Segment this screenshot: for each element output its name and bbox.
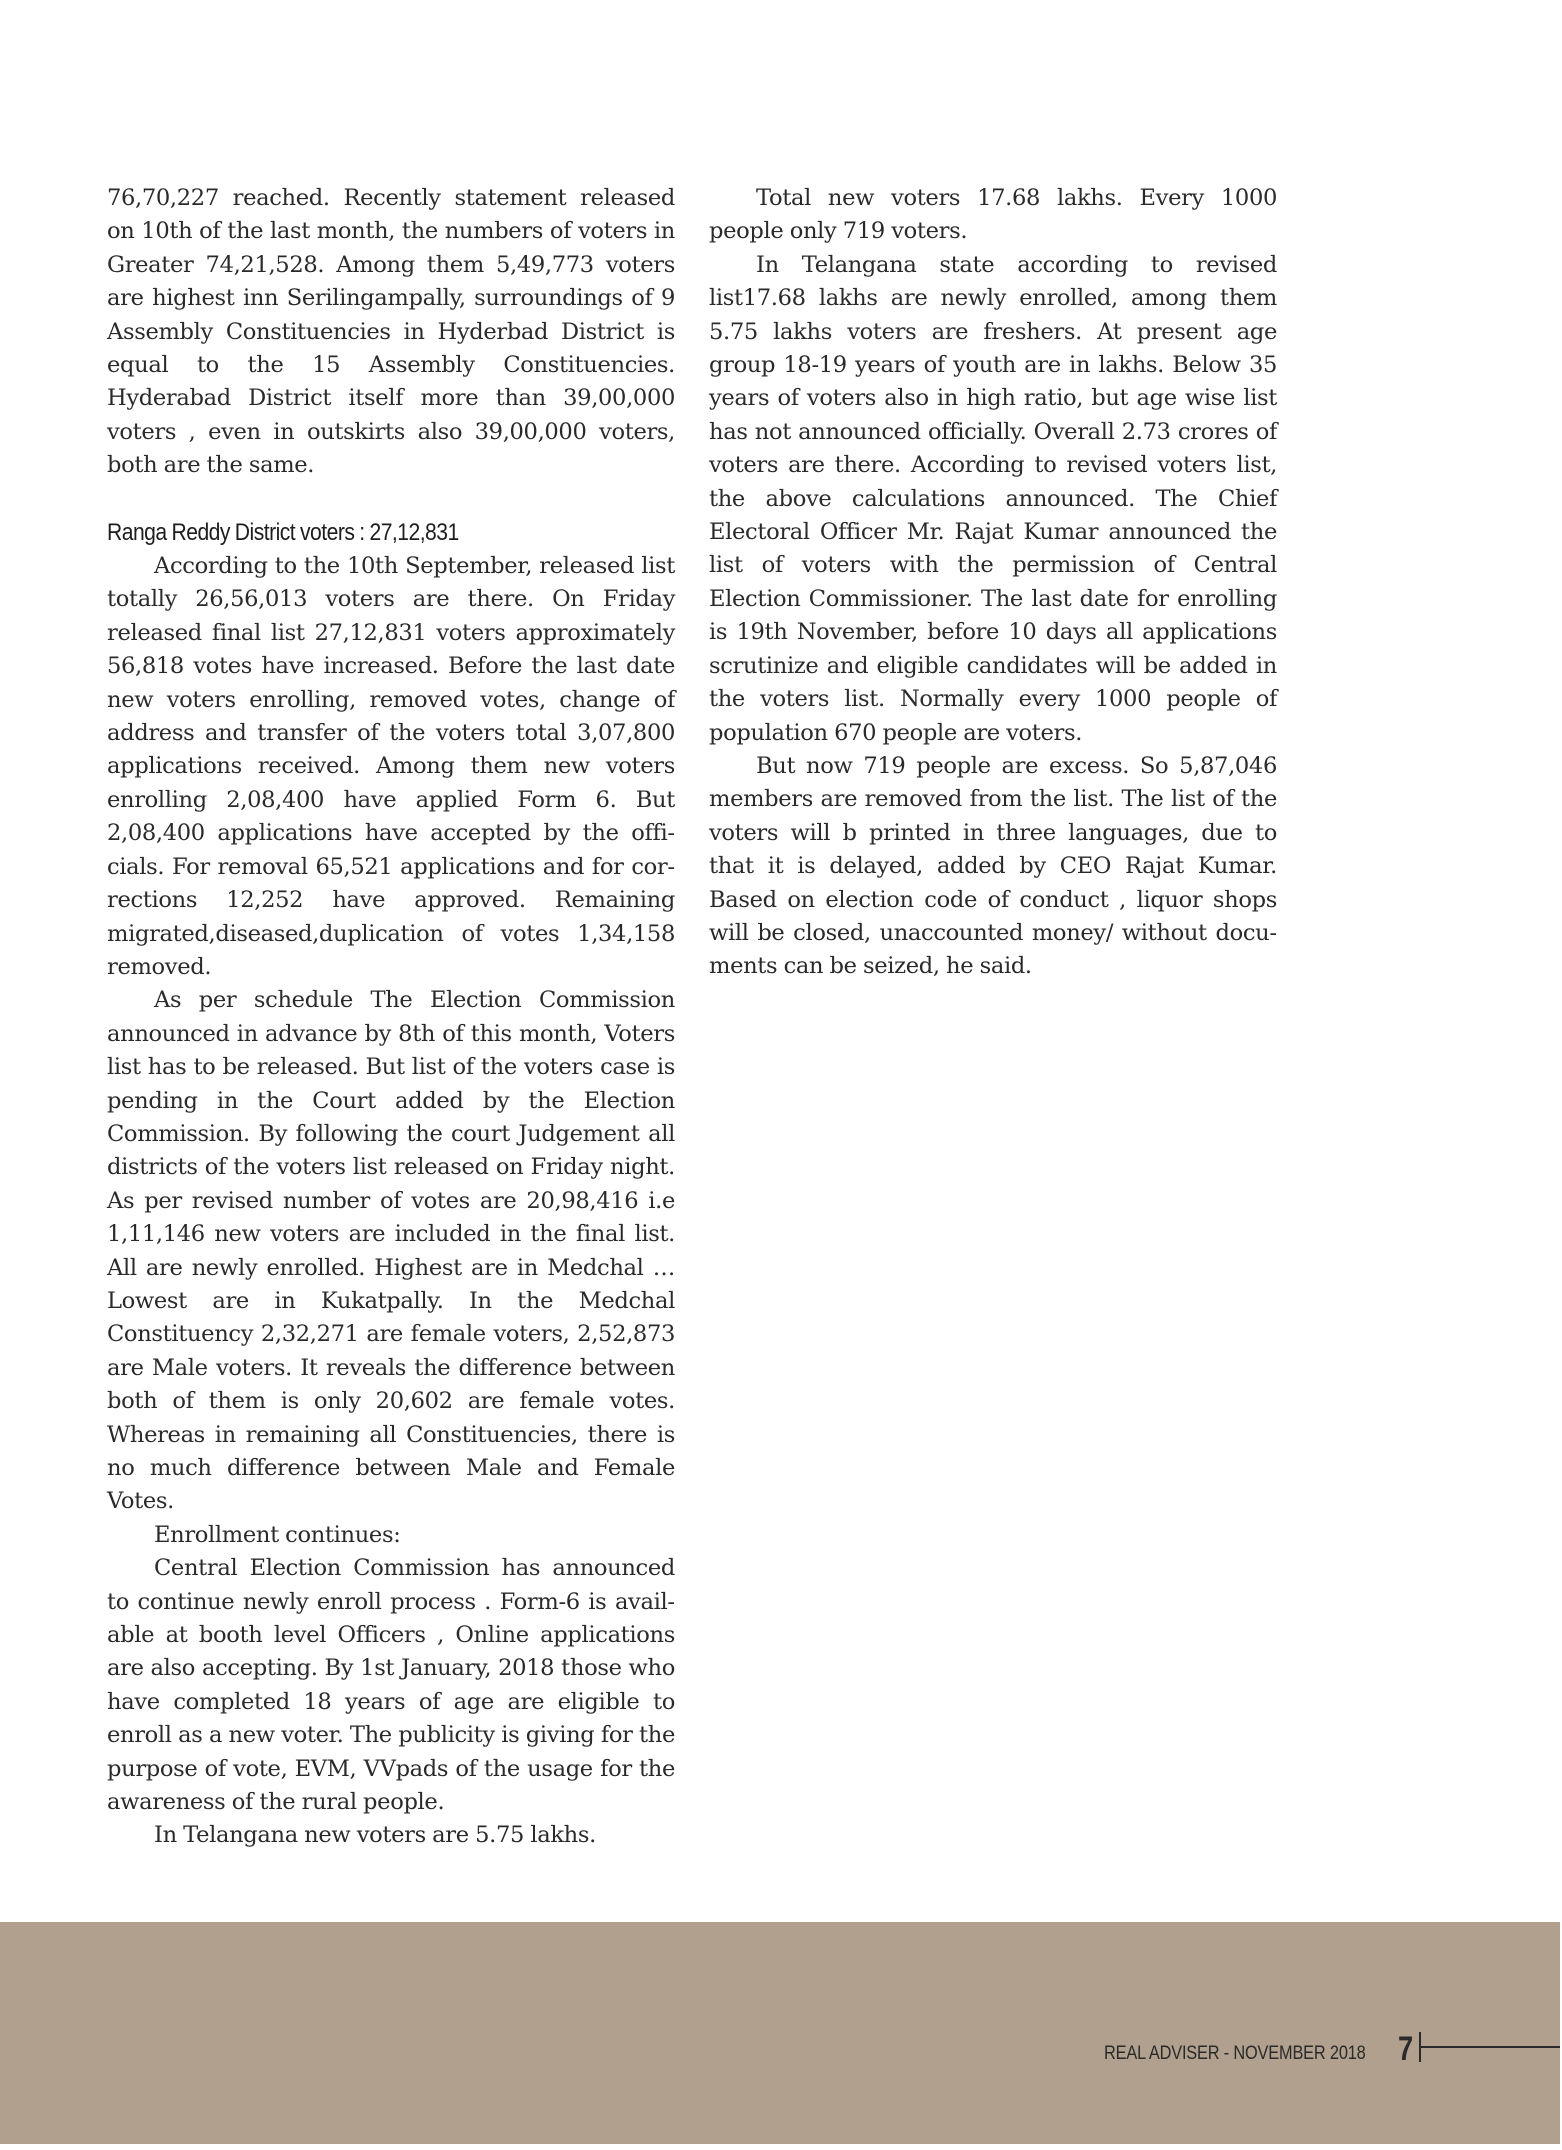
paragraph-gap [107, 483, 675, 516]
right-column: Total new voters 17.68 lakhs. Every 1000… [709, 182, 1277, 984]
footer-band [0, 1922, 1560, 2144]
body-paragraph-excess-voters: But now 719 people are excess. So 5,87,0… [709, 750, 1277, 984]
page-number: 7 [1398, 2030, 1413, 2069]
body-paragraph-telangana-revised-list: In Telangana state according to revised … [709, 249, 1277, 750]
magazine-page: 76,70,227 reached. Recently statement re… [0, 0, 1562, 2150]
section-heading-ranga-reddy: Ranga Reddy District voters : 27,12,831 [107, 516, 607, 550]
body-paragraph-enrollment-details: Central Election Commission has announce… [107, 1552, 675, 1819]
body-paragraph-election-schedule: As per schedule The Election Commission … [107, 984, 675, 1519]
body-paragraph-total-new-voters: Total new voters 17.68 lakhs. Every 1000… [709, 182, 1277, 249]
body-paragraph-enrollment-heading: Enrollment continues: [107, 1519, 675, 1552]
footer-publication-label: REAL ADVISER - NOVEMBER 2018 [1104, 2043, 1366, 2065]
left-column: 76,70,227 reached. Recently statement re… [107, 182, 675, 1853]
intro-paragraph: 76,70,227 reached. Recently statement re… [107, 182, 675, 483]
body-paragraph-ranga-reddy-figures: According to the 10th September, release… [107, 550, 675, 984]
body-paragraph-telangana-new-voters: In Telangana new voters are 5.75 lakhs. [107, 1819, 675, 1852]
footer-rule-line [1420, 2046, 1560, 2048]
